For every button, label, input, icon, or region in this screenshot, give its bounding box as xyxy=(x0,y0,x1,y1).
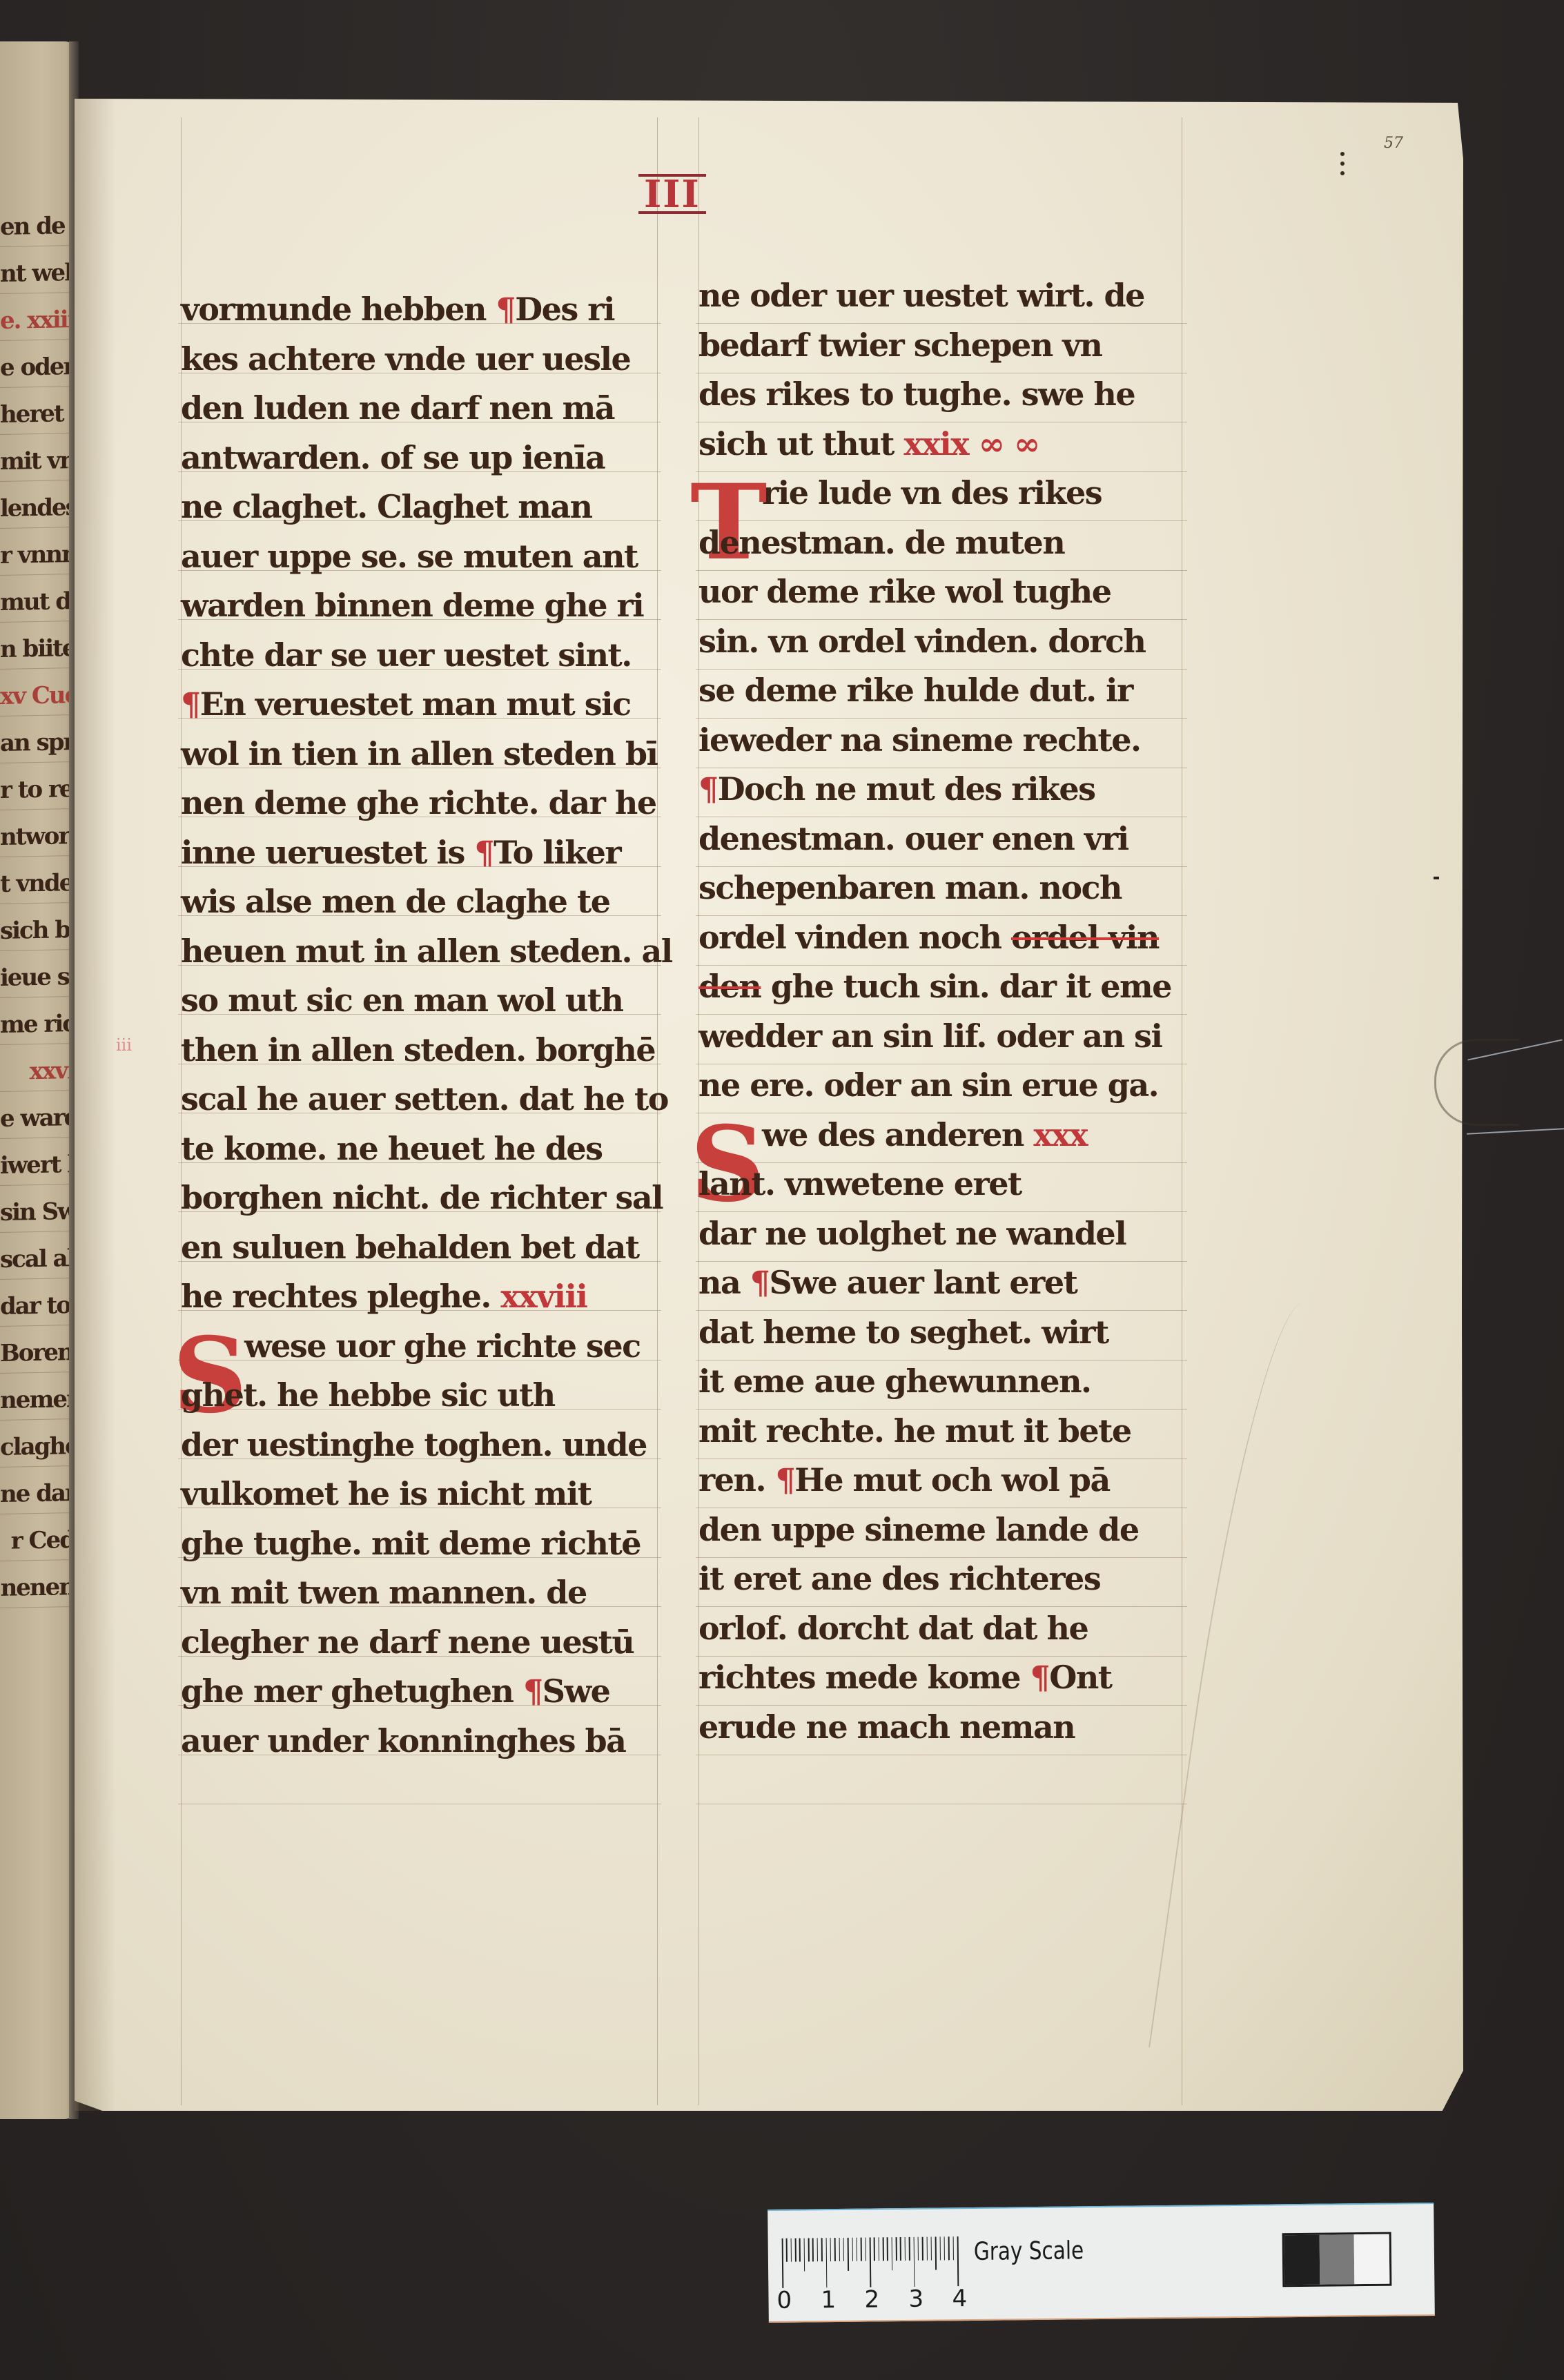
ruler-tick xyxy=(848,2238,849,2271)
ruler-tick xyxy=(909,2237,910,2261)
verso-text-line: n biite ghe xyxy=(0,629,75,670)
manuscript-text-line: des rikes to tughe. swe he xyxy=(698,369,1135,419)
ruler-tick xyxy=(887,2237,888,2261)
ruler-tick xyxy=(799,2238,801,2262)
verso-text-line: Boren sin xyxy=(0,1333,75,1374)
text-segment: wol in tien in allen steden bī xyxy=(181,735,658,772)
text-segment: den uppe sineme lande de xyxy=(698,1511,1139,1548)
swatch-white xyxy=(1354,2234,1389,2285)
rubric-chapter-number: xxx xyxy=(1033,1116,1087,1153)
text-segment: na xyxy=(698,1264,750,1301)
text-segment: En veruestet man mut sic xyxy=(200,685,631,723)
manuscript-text-line: ghet. he hebbe sic uth xyxy=(181,1370,555,1420)
manuscript-text-line: borghen nicht. de richter sal xyxy=(181,1173,663,1222)
ruler-tick xyxy=(857,2238,858,2261)
manuscript-text-line: wis alse men de claghe te xyxy=(181,877,609,926)
text-segment: warden binnen deme ghe ri xyxy=(181,587,643,624)
text-segment: den luden ne darf nen mā xyxy=(181,389,614,427)
verso-text-line: r vnnne xyxy=(0,535,75,576)
text-segment: denestman. ouer enen vri xyxy=(698,820,1128,857)
text-segment: sin. vn ordel vinden. dorch xyxy=(698,623,1145,660)
manuscript-text-line: antwarden. of se up ienīa xyxy=(181,433,605,482)
ruler-tick xyxy=(939,2236,941,2260)
text-segment: ne ere. oder an sin erue ga. xyxy=(698,1066,1158,1104)
text-segment: heuen mut in allen steden. al xyxy=(181,933,672,970)
manuscript-text-line: denestman. ouer enen vri xyxy=(698,814,1128,864)
text-segment: chte dar se uer uestet sint. xyxy=(181,636,632,674)
verso-text-line: xv Cuen xyxy=(0,676,75,716)
verso-text-line: sin Swe xyxy=(0,1192,75,1233)
text-segment: kes achtere vnde uer uesle xyxy=(181,340,630,378)
manuscript-text-line: it eme aue ghewunnen. xyxy=(698,1356,1091,1406)
margin-red-note: iii xyxy=(116,1035,132,1055)
text-segment: ne oder uer uestet wirt. de xyxy=(698,277,1144,314)
manuscript-text-line: ghe tughe. mit deme richtē xyxy=(181,1519,641,1568)
text-segment: he rechtes pleghe. xyxy=(181,1278,500,1315)
ruler-tick xyxy=(926,2237,928,2261)
ruler-tick xyxy=(843,2238,844,2261)
ruler-tick xyxy=(803,2238,805,2271)
verso-text-line: nenen xyxy=(0,1568,75,1608)
ruler-tick xyxy=(913,2237,915,2287)
text-segment: then in allen steden. borghē xyxy=(181,1031,655,1069)
ruler-tick xyxy=(790,2238,792,2262)
manuscript-text-line: vn mit twen mannen. de xyxy=(181,1568,587,1617)
text-segment: Swe xyxy=(542,1672,610,1710)
manuscript-text-line: ne oder uer uestet wirt. de xyxy=(698,271,1144,320)
manuscript-text-line: denestman. de muten xyxy=(698,518,1064,567)
manuscript-text-line: chte dar se uer uestet sint. xyxy=(181,630,632,680)
ruler-tick xyxy=(861,2238,862,2261)
text-segment: orlof. dorcht dat dat he xyxy=(698,1610,1088,1647)
verso-text-line: me richter xyxy=(0,1004,75,1045)
manuscript-text-line: orlof. dorcht dat dat he xyxy=(698,1603,1088,1653)
text-segment: inne ueruestet is xyxy=(181,834,474,871)
verso-text-line: dar to ghe xyxy=(0,1286,75,1327)
paragraph-mark: ¶ xyxy=(474,834,493,871)
ruler-number-4: 4 xyxy=(952,2285,967,2312)
ruler-tick xyxy=(930,2237,932,2261)
manuscript-text-line: Swese uor ghe richte sec xyxy=(181,1321,641,1371)
manuscript-text-line: clegher ne darf nene uestū xyxy=(181,1617,634,1667)
text-segment: ren. xyxy=(698,1461,775,1499)
paragraph-mark: ¶ xyxy=(1030,1659,1049,1696)
ruler-number-3: 3 xyxy=(908,2285,923,2313)
manuscript-text-line: heuen mut in allen steden. al xyxy=(181,926,672,976)
text-segment: ghe mer ghetughen xyxy=(181,1672,523,1710)
manuscript-text-line: wol in tien in allen steden bī xyxy=(181,729,658,779)
ruler-tick xyxy=(952,2236,954,2260)
gray-scale-label: Gray Scale xyxy=(974,2236,1084,2266)
ruler-tick xyxy=(900,2237,901,2261)
text-segment: en suluen behalden bet dat xyxy=(181,1229,639,1266)
paragraph-mark: ¶ xyxy=(775,1461,794,1499)
verso-text-line: e oder ra xyxy=(0,347,75,388)
swatch-gray xyxy=(1319,2234,1354,2285)
verso-text-line: heret na de xyxy=(0,394,75,435)
rubric-chapter-number: xxviii xyxy=(500,1278,587,1315)
text-segment: it eme aue ghewunnen. xyxy=(698,1363,1091,1400)
text-segment: wedder an sin lif. oder an si xyxy=(698,1017,1162,1055)
verso-text-line: clagher ne xyxy=(0,1427,75,1467)
color-scale-bar: 0 1 2 3 4 Gray Scale xyxy=(768,2203,1435,2323)
manuscript-text-line: sin. vn ordel vinden. dorch xyxy=(698,616,1145,666)
ruler-ticks xyxy=(782,2236,962,2294)
ruler-number-2: 2 xyxy=(864,2285,879,2313)
manuscript-text-line: se deme rike hulde dut. ir xyxy=(698,665,1133,715)
ruler-tick xyxy=(839,2238,840,2261)
manuscript-text-line: bedarf twier schepen vn xyxy=(698,320,1102,370)
manuscript-text-line: inne ueruestet is ¶To liker xyxy=(181,828,620,877)
ruler-tick xyxy=(821,2238,823,2261)
text-segment: Doch ne mut des rikes xyxy=(718,770,1095,808)
ruler-tick xyxy=(795,2238,796,2262)
manuscript-text-line: den luden ne darf nen mā xyxy=(181,383,614,433)
running-head-book-number: III xyxy=(638,174,706,214)
manuscript-text-line: kes achtere vnde uer uesle xyxy=(181,334,630,384)
text-segment: To liker xyxy=(493,834,620,871)
ruler-tick xyxy=(825,2238,827,2288)
swatch-black xyxy=(1284,2235,1320,2285)
ruler-tick xyxy=(834,2238,836,2261)
text-segment: ordel vinden noch xyxy=(698,919,1011,956)
folio-number: 57 xyxy=(1384,135,1403,152)
verso-text-line: nt welre xyxy=(0,253,75,294)
text-segment: wese uor ghe richte sec xyxy=(244,1327,641,1365)
ruler-tick xyxy=(917,2237,919,2261)
manuscript-text-line: na ¶Swe auer lant eret xyxy=(698,1258,1077,1307)
manuscript-text-line: scal he auer setten. dat he to xyxy=(181,1074,668,1124)
verso-text-line: lendes sal xyxy=(0,488,75,529)
manuscript-text-line: ne ere. oder an sin erue ga. xyxy=(698,1060,1158,1110)
manuscript-text-line: schepenbaren man. noch xyxy=(698,863,1122,913)
text-segment: vulkomet he is nicht mit xyxy=(181,1475,592,1512)
manuscript-text-line: ieweder na sineme rechte. xyxy=(698,715,1141,765)
manuscript-text-line: ¶Doch ne mut des rikes xyxy=(698,764,1095,814)
manuscript-text-line: auer under konninghes bā xyxy=(181,1716,625,1766)
manuscript-text-line: warden binnen deme ghe ri xyxy=(181,581,643,630)
ruler-tick xyxy=(935,2237,937,2270)
text-segment: Des ri xyxy=(515,291,614,328)
text-segment: mit rechte. he mut it bete xyxy=(698,1412,1131,1450)
verso-text-line: e. xxiiii xyxy=(0,300,75,341)
manuscript-text-line: uor deme rike wol tughe xyxy=(698,567,1111,616)
ruler-tick xyxy=(808,2238,810,2261)
manuscript-text-line: erude ne mach neman xyxy=(698,1702,1075,1752)
text-segment: ghe tuch sin. dar it eme xyxy=(761,968,1171,1005)
ruler-tick xyxy=(865,2238,866,2261)
manuscript-text-line: mit rechte. he mut it bete xyxy=(698,1406,1131,1456)
text-segment: dat heme to seghet. wirt xyxy=(698,1314,1108,1351)
verso-text-line: scal al vt xyxy=(0,1239,75,1280)
ruler-tick xyxy=(948,2236,950,2260)
text-segment: se deme rike hulde dut. ir xyxy=(698,672,1133,709)
verso-page-edge: en de vnnt welree. xxiiiie oder raheret … xyxy=(0,41,77,2119)
manuscript-text-line: nen deme ghe richte. dar he xyxy=(181,778,656,828)
text-segment: ne claghet. Claghet man xyxy=(181,488,592,525)
manuscript-text-line: then in allen steden. borghē xyxy=(181,1025,655,1075)
text-segment: auer under konninghes bā xyxy=(181,1722,625,1759)
manuscript-text-line: so mut sic en man wol uth xyxy=(181,975,623,1025)
text-segment: antwarden. of se up ienīa xyxy=(181,439,605,476)
ink-dots xyxy=(1340,152,1347,179)
ruling-line-horizontal xyxy=(696,1755,1187,1755)
manuscript-text-line: en suluen behalden bet dat xyxy=(181,1222,639,1272)
manuscript-text-line: den uppe sineme lande de xyxy=(698,1505,1139,1554)
manuscript-text-line: dat heme to seghet. wirt xyxy=(698,1307,1108,1357)
ruler-tick xyxy=(874,2237,875,2261)
edge-ink-mark xyxy=(1434,877,1439,879)
manuscript-text-line: vormunde hebben ¶Des ri xyxy=(181,284,614,334)
manuscript-text-line: ¶En veruestet man mut sic xyxy=(181,679,631,729)
text-segment: we des anderen xyxy=(762,1116,1033,1153)
ruling-line-vertical xyxy=(1182,117,1182,2105)
manuscript-text-line: richtes mede kome ¶Ont xyxy=(698,1652,1112,1702)
manuscript-text-line: vulkomet he is nicht mit xyxy=(181,1469,592,1519)
verso-text-line: sich be sle xyxy=(0,910,75,951)
text-segment: schepenbaren man. noch xyxy=(698,869,1122,906)
text-segment: wis alse men de claghe te xyxy=(181,883,609,920)
paragraph-mark: ¶ xyxy=(698,770,718,808)
text-segment: vn mit twen mannen. de xyxy=(181,1574,587,1611)
text-segment: clegher ne darf nene uestū xyxy=(181,1623,634,1661)
ruler-number-1: 1 xyxy=(821,2286,836,2314)
ruling-line-horizontal xyxy=(178,1804,661,1804)
text-segment: erude ne mach neman xyxy=(698,1708,1075,1746)
verso-text-line: ntworden xyxy=(0,817,75,857)
manuscript-text-line: sich ut thut xxix ∞ ∞ xyxy=(698,419,1039,469)
text-segment: ghet. he hebbe sic uth xyxy=(181,1376,555,1414)
text-segment: te kome. ne heuet he des xyxy=(181,1130,603,1167)
struck-through-text: ordel vin xyxy=(1011,919,1159,956)
ruler-tick xyxy=(922,2237,923,2261)
manuscript-text-line: he rechtes pleghe. xxviii xyxy=(181,1271,587,1321)
ruler-tick xyxy=(891,2237,892,2270)
manuscript-text-line: dar ne uolghet ne wandel xyxy=(698,1209,1126,1258)
ruler-tick xyxy=(852,2238,853,2261)
ruler-tick xyxy=(896,2237,897,2261)
verso-text-line: xxvi xyxy=(0,1051,75,1092)
verso-text-line: iwert halu xyxy=(0,1145,75,1186)
manuscript-text-line: te kome. ne heuet he des xyxy=(181,1124,603,1173)
text-segment: so mut sic en man wol uth xyxy=(181,982,623,1019)
verso-text-line: mit vn xyxy=(0,441,75,482)
verso-text-line: ne dar xyxy=(0,1474,75,1514)
manuscript-text-line: it eret ane des richteres xyxy=(698,1554,1100,1603)
text-segment: borghen nicht. de richter sal xyxy=(181,1179,663,1216)
struck-through-text: den xyxy=(698,968,761,1005)
verso-text-line: ieue si dar xyxy=(0,957,75,998)
leaf-binding-shade xyxy=(75,99,116,2111)
ruler-tick xyxy=(878,2237,879,2261)
text-segment: lant. vnwetene eret xyxy=(698,1165,1022,1202)
manuscript-text-line: wedder an sin lif. oder an si xyxy=(698,1011,1162,1061)
verso-text-line: t vnder en xyxy=(0,864,75,904)
manuscript-text-line: auer uppe se. se muten ant xyxy=(181,531,638,581)
ruler-tick xyxy=(944,2236,946,2260)
text-segment: rie lude vn des rikes xyxy=(762,474,1102,511)
text-segment: ghe tughe. mit deme richtē xyxy=(181,1525,641,1562)
manuscript-text-line: ne claghet. Claghet man xyxy=(181,482,592,531)
text-segment: bedarf twier schepen vn xyxy=(698,326,1102,364)
ruler-tick xyxy=(786,2238,788,2262)
manuscript-text-line: ghe mer ghetughen ¶Swe xyxy=(181,1666,609,1716)
verso-text-line: an sprake xyxy=(0,723,75,763)
paragraph-mark: ¶ xyxy=(181,685,200,723)
text-segment: ieweder na sineme rechte. xyxy=(698,721,1141,759)
text-segment: uor deme rike wol tughe xyxy=(698,573,1111,610)
verso-text-line: mut dar xyxy=(0,582,75,623)
text-segment: nen deme ghe richte. dar he xyxy=(181,784,656,821)
manuscript-text-line: ren. ¶He mut och wol pā xyxy=(698,1455,1110,1505)
ruler-tick xyxy=(904,2237,906,2261)
ruler-tick xyxy=(817,2238,818,2261)
manuscript-text-line: lant. vnwetene eret xyxy=(698,1159,1022,1209)
ruler-tick xyxy=(812,2238,814,2261)
manuscript-text-line: ordel vinden noch ordel vin xyxy=(698,913,1159,962)
rubric-chapter-number: xxix ∞ ∞ xyxy=(903,425,1039,462)
ruler-tick xyxy=(782,2238,783,2288)
text-segment: scal he auer setten. dat he to xyxy=(181,1080,668,1118)
verso-text-line: en de vn xyxy=(0,206,75,247)
verso-text-line: nemen xyxy=(0,1380,75,1421)
text-segment: He mut och wol pā xyxy=(794,1461,1110,1499)
paragraph-mark: ¶ xyxy=(523,1672,542,1710)
ruler-tick xyxy=(883,2237,884,2261)
manuscript-text-line: der uestinghe toghen. unde xyxy=(181,1420,647,1470)
text-segment: des rikes to tughe. swe he xyxy=(698,375,1135,413)
ruler-tick xyxy=(870,2237,871,2287)
gray-swatches xyxy=(1282,2232,1392,2288)
manuscript-text-line: Swe des anderen xxx xyxy=(698,1110,1087,1160)
paragraph-mark: ¶ xyxy=(496,291,515,328)
paragraph-mark: ¶ xyxy=(750,1264,770,1301)
ruler-tick xyxy=(957,2236,959,2286)
verso-text-line: r Ced xyxy=(0,1521,75,1561)
text-segment: Swe auer lant eret xyxy=(770,1264,1077,1301)
text-segment: der uestinghe toghen. unde xyxy=(181,1426,647,1463)
manuscript-text-line: den ghe tuch sin. dar it eme xyxy=(698,962,1171,1011)
text-segment: auer uppe se. se muten ant xyxy=(181,538,638,575)
text-segment: it eret ane des richteres xyxy=(698,1560,1100,1597)
text-segment: richtes mede kome xyxy=(698,1659,1030,1696)
ruler-number-0: 0 xyxy=(776,2287,792,2314)
text-segment: sich ut thut xyxy=(698,425,903,462)
text-segment: Ont xyxy=(1049,1659,1111,1696)
verso-text-line: e wardet xyxy=(0,1098,75,1139)
text-segment: vormunde hebben xyxy=(181,291,496,328)
verso-text-line: r to rechte. xyxy=(0,770,75,810)
ruling-line-horizontal xyxy=(696,1804,1187,1804)
ruler-tick xyxy=(830,2238,831,2261)
text-segment: dar ne uolghet ne wandel xyxy=(698,1215,1126,1252)
text-segment: denestman. de muten xyxy=(698,524,1064,561)
manuscript-text-line: Trie lude vn des rikes xyxy=(698,468,1102,518)
